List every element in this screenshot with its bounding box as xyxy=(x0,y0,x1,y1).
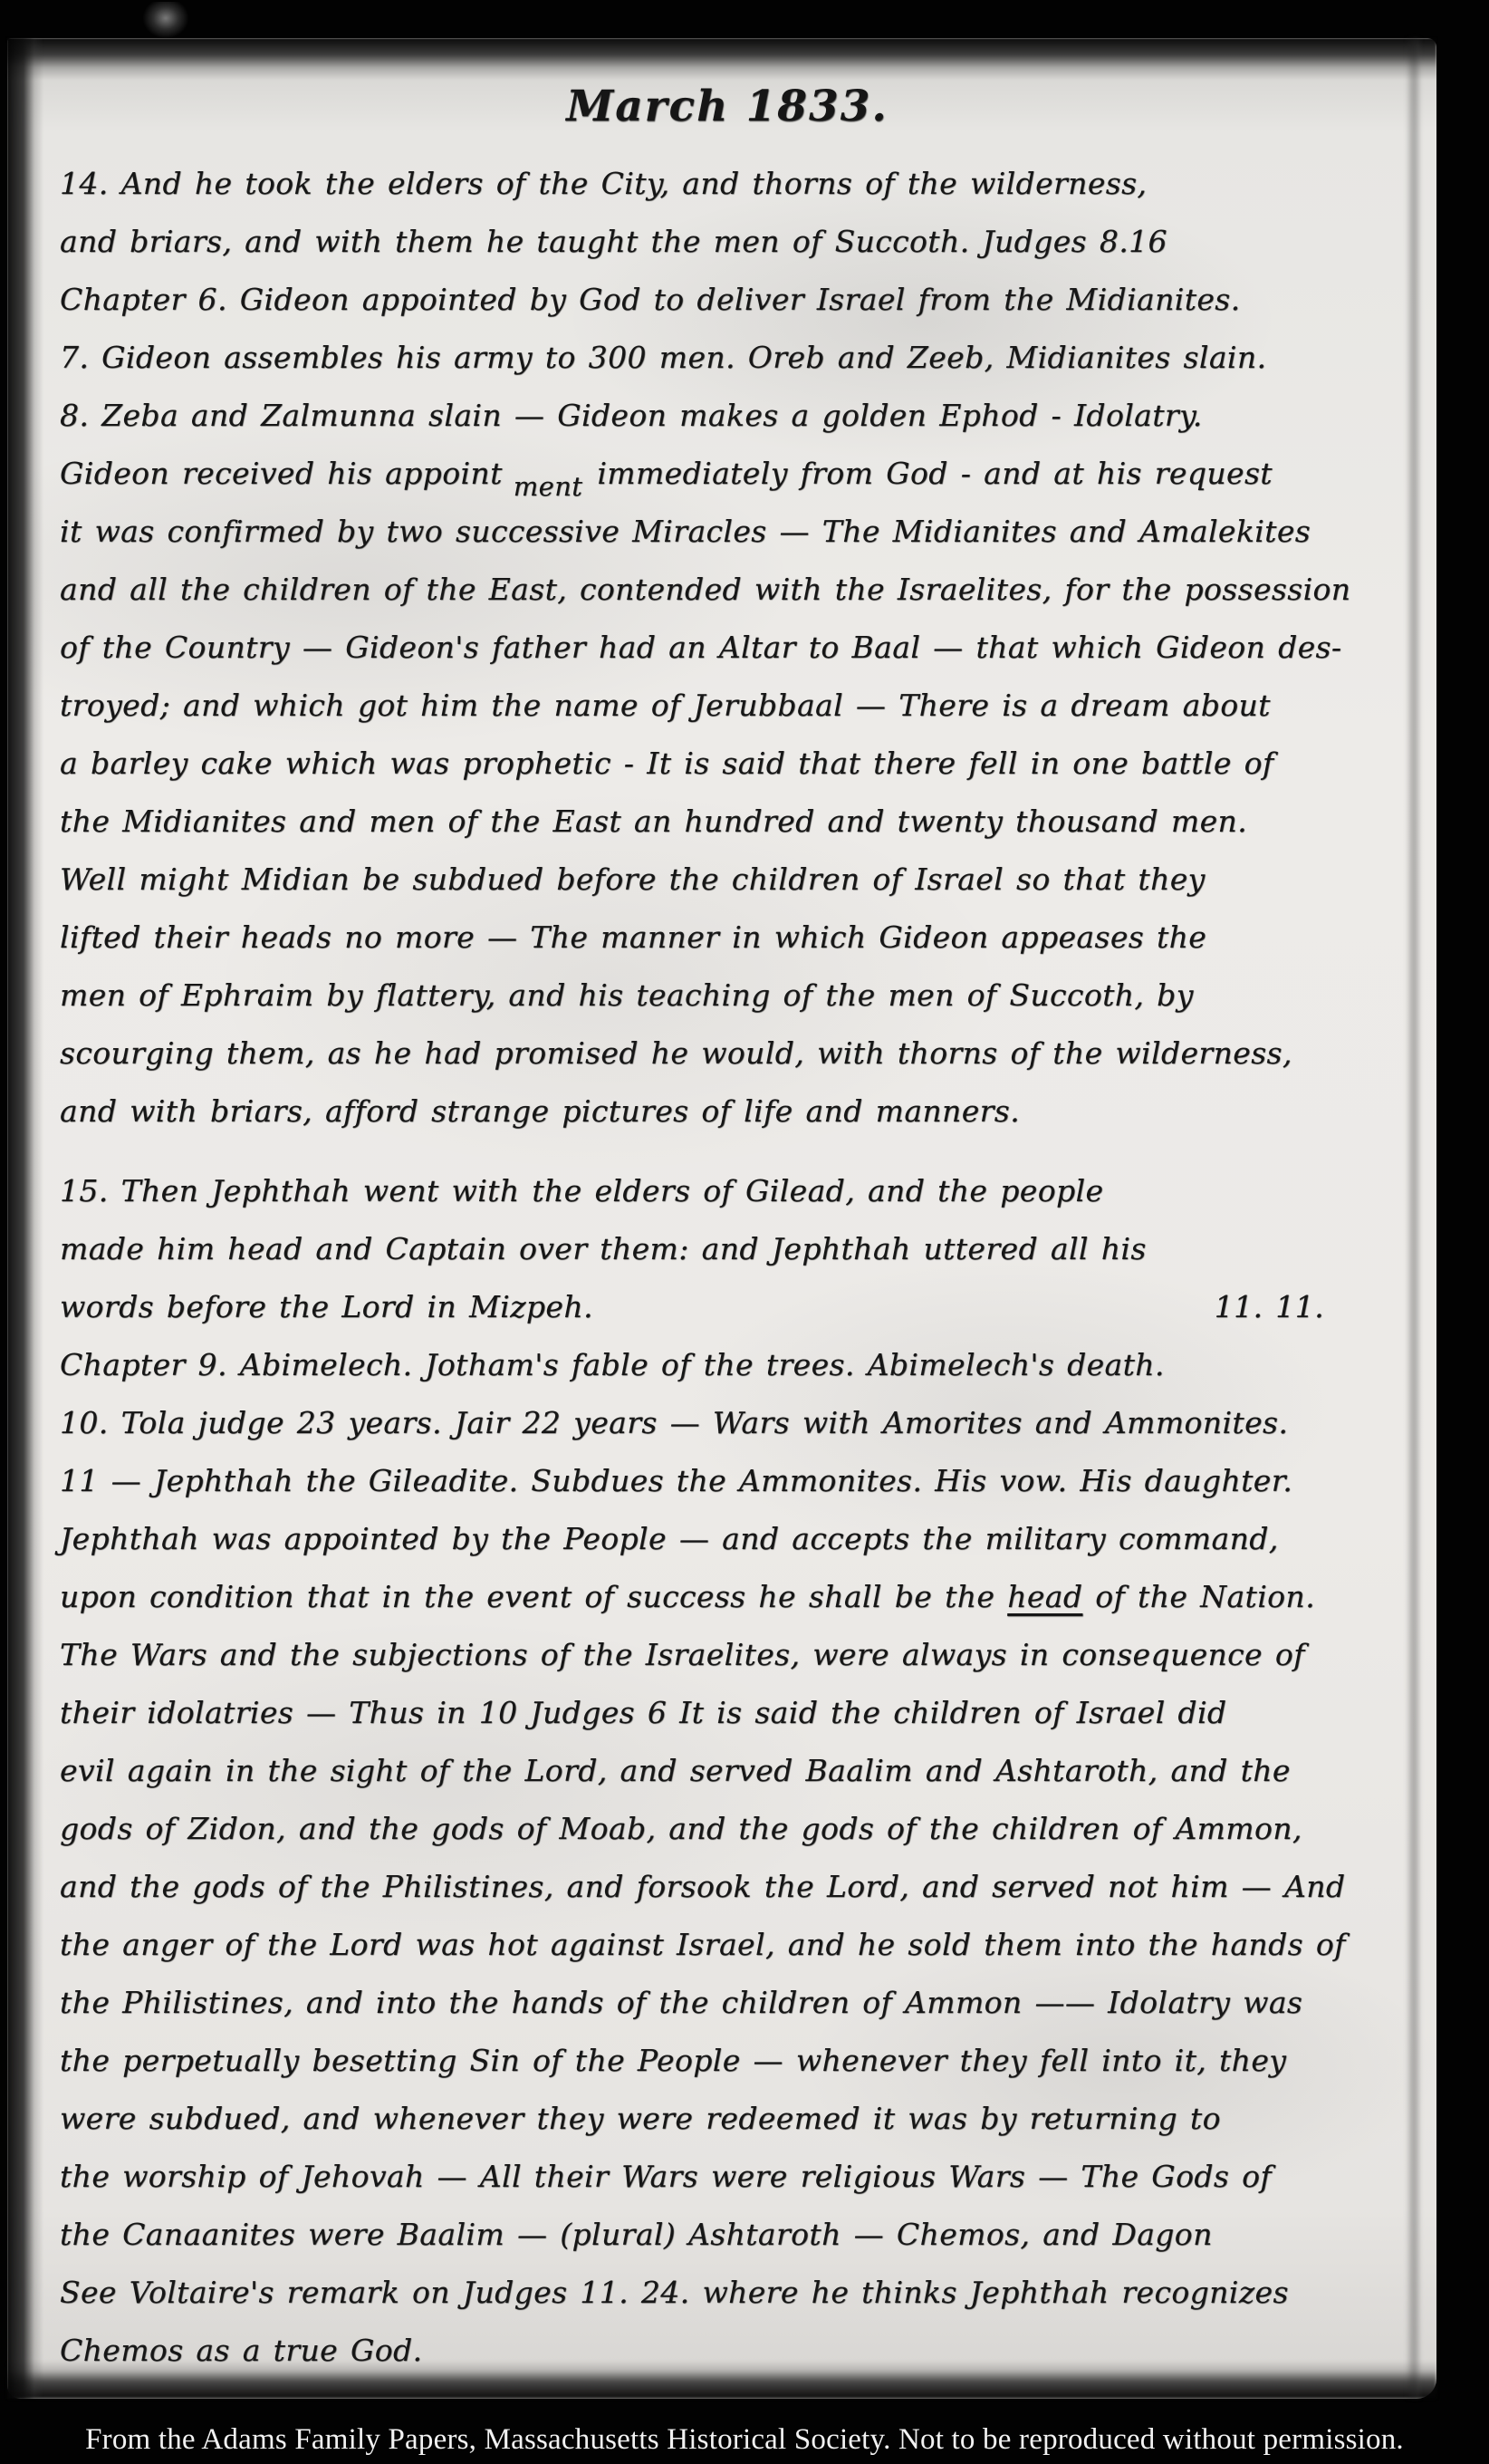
line-text: Gideon received his appoint xyxy=(60,456,503,491)
manuscript-line: made him head and Captain over them: and… xyxy=(60,1220,1395,1278)
manuscript-line: 7. Gideon assembles his army to 300 men.… xyxy=(60,329,1395,387)
manuscript-line: the Canaanites were Baalim — (plural) As… xyxy=(60,2206,1395,2264)
manuscript-line: See Voltaire's remark on Judges 11. 24. … xyxy=(60,2264,1395,2322)
line-text: upon condition that in the event of succ… xyxy=(60,1579,1007,1614)
line-text: immediately from God - and at his reques… xyxy=(597,456,1273,491)
page-edge-left xyxy=(7,38,43,2399)
manuscript-line: lifted their heads no more — The manner … xyxy=(60,909,1395,967)
manuscript-line: their idolatries — Thus in 10 Judges 6 I… xyxy=(60,1684,1395,1742)
page-crease xyxy=(1406,38,1420,2399)
underlined-word: head xyxy=(1007,1579,1082,1614)
manuscript-line: Jephthah was appointed by the People — a… xyxy=(60,1510,1395,1568)
scanned-manuscript: March 1833. 14. And he took the elders o… xyxy=(0,0,1489,2464)
manuscript-line: upon condition that in the event of succ… xyxy=(60,1568,1395,1626)
manuscript-line: 8. Zeba and Zalmunna slain — Gideon make… xyxy=(60,387,1395,445)
manuscript-line: words before the Lord in Mizpeh.11. 11. xyxy=(60,1278,1395,1336)
verse-reference: 11. 11. xyxy=(1215,1278,1324,1336)
manuscript-line: and the gods of the Philistines, and for… xyxy=(60,1858,1395,1916)
manuscript-line: Well might Midian be subdued before the … xyxy=(60,851,1395,909)
manuscript-line: and briars, and with them he taught the … xyxy=(60,213,1395,271)
manuscript-line: scourging them, as he had promised he wo… xyxy=(60,1025,1395,1083)
manuscript-line: Chapter 6. Gideon appointed by God to de… xyxy=(60,271,1395,329)
manuscript-line: the Midianites and men of the East an hu… xyxy=(60,793,1395,851)
manuscript-line: and with briars, afford strange pictures… xyxy=(60,1083,1395,1141)
manuscript-line: a barley cake which was prophetic - It i… xyxy=(60,735,1395,793)
manuscript-line: the Philistines, and into the hands of t… xyxy=(60,1974,1395,2032)
manuscript-line: of the Country — Gideon's father had an … xyxy=(60,619,1395,677)
manuscript-line: were subdued, and whenever they were red… xyxy=(60,2090,1395,2148)
line-text: words before the Lord in Mizpeh. xyxy=(60,1278,593,1336)
page-date-heading: March 1833. xyxy=(60,82,1395,131)
manuscript-line: 14. And he took the elders of the City, … xyxy=(60,155,1395,213)
manuscript-line: troyed; and which got him the name of Je… xyxy=(60,677,1395,735)
manuscript-line: 15. Then Jephthah went with the elders o… xyxy=(60,1162,1395,1220)
attribution-caption: From the Adams Family Papers, Massachuse… xyxy=(0,2423,1489,2457)
manuscript-line: it was confirmed by two successive Mirac… xyxy=(60,503,1395,561)
manuscript-line: the perpetually besetting Sin of the Peo… xyxy=(60,2032,1395,2090)
manuscript-line: 11 — Jephthah the Gileadite. Subdues the… xyxy=(60,1452,1395,1510)
manuscript-line: men of Ephraim by flattery, and his teac… xyxy=(60,967,1395,1025)
manuscript-line: Chapter 9. Abimelech. Jotham's fable of … xyxy=(60,1336,1395,1394)
manuscript-line: the worship of Jehovah — All their Wars … xyxy=(60,2148,1395,2206)
manuscript-line: Gideon received his appointmentimmediate… xyxy=(60,445,1395,503)
manuscript-line: The Wars and the subjections of the Isra… xyxy=(60,1626,1395,1684)
scan-artifact xyxy=(143,2,188,38)
line-text: of the Nation. xyxy=(1082,1579,1315,1614)
manuscript-line: evil again in the sight of the Lord, and… xyxy=(60,1742,1395,1800)
manuscript-line: gods of Zidon, and the gods of Moab, and… xyxy=(60,1800,1395,1858)
manuscript-line: the anger of the Lord was hot against Is… xyxy=(60,1916,1395,1974)
manuscript-page: March 1833. 14. And he took the elders o… xyxy=(7,38,1436,2399)
manuscript-content: March 1833. 14. And he took the elders o… xyxy=(60,69,1395,2381)
manuscript-line: and all the children of the East, conten… xyxy=(60,561,1395,619)
page-edge-top xyxy=(7,38,1436,80)
manuscript-line: 10. Tola judge 23 years. Jair 22 years —… xyxy=(60,1394,1395,1452)
inserted-word: ment xyxy=(514,471,583,502)
page-edge-bottom xyxy=(7,2361,1436,2399)
